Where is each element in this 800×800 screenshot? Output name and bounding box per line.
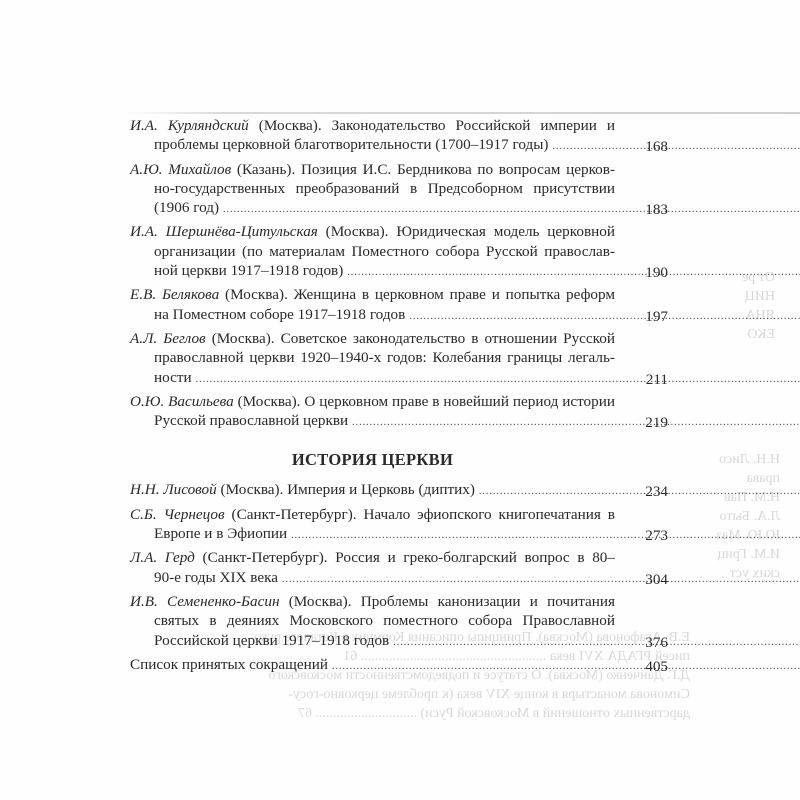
toc-title-end: Н.Н. Лисовой (Москва). Империя и Церковь… [130,481,475,498]
book-page: От ре НИЦ ЯНА ЕКО Н.Н. Лисо права Н.М. П… [0,0,800,800]
leader-dots: ........................................… [291,530,800,541]
toc-entry[interactable]: Е.В. Белякова (Москва). Женщина в церков… [130,285,690,326]
toc-entry[interactable]: А.Л. Беглов (Москва). Советское законода… [130,329,690,389]
toc-author: О.Ю. Васильева [130,393,234,410]
toc-title-end: проблемы церковной благотворительности (… [154,136,549,153]
toc-title-end: 90-е годы XIX века [154,569,278,586]
toc-title-end: Российской церкви 1917–1918 годов [154,632,389,649]
toc-title-end: Европе и в Эфиопии [154,525,287,542]
toc-author: Е.В. Белякова [130,286,219,303]
leader-dots: ........................................… [347,267,800,278]
toc-entry-line: (1906 год)..............................… [130,198,615,219]
toc-entry-line: И.А. Шершнёва-Цитульская (Москва). Юриди… [130,222,615,241]
toc-title-end: на Поместном соборе 1917–1918 годов [154,306,405,323]
toc-entry[interactable]: Л.А. Герд (Санкт-Петербург). Россия и гр… [130,548,690,589]
page-number: 183 [645,200,668,219]
toc-entry-text: Список принятых сокращений..............… [130,655,615,676]
toc-entry[interactable]: О.Ю. Васильева (Москва). О церковном пра… [130,392,690,433]
table-of-contents: И.А. Курляндский (Москва). Законодательс… [130,116,690,679]
toc-entry[interactable]: И.А. Шершнёва-Цитульская (Москва). Юриди… [130,222,690,282]
leader-dots: ........................................… [393,637,800,648]
toc-entry-text: Л.А. Герд (Санкт-Петербург). Россия и гр… [130,548,615,589]
toc-entry-line: Список принятых сокращений..............… [130,655,615,676]
toc-entry-text: А.Ю. Михайлов (Казань). Позиция И.С. Бер… [130,160,615,220]
toc-entry[interactable]: С.Б. Чернецов (Санкт-Петербург). Начало … [130,505,690,546]
toc-author: А.Ю. Михайлов [130,161,231,178]
toc-entry-text: И.А. Шершнёва-Цитульская (Москва). Юриди… [130,222,615,282]
leader-dots: ........................................… [332,661,800,672]
toc-author: С.Б. Чернецов [130,506,225,523]
page-number: 405 [645,657,668,676]
page-number: 197 [645,307,668,326]
toc-entry-line: святых в деяниях Московского поместного … [130,611,615,630]
toc-author: И.А. Шершнёва-Цитульская [130,223,318,240]
toc-entry-text: И.В. Семененко-Басин (Москва). Проблемы … [130,592,615,652]
toc-entry-text: С.Б. Чернецов (Санкт-Петербург). Начало … [130,505,615,546]
toc-author: Н.Н. Лисовой [130,481,217,498]
page-number: 190 [645,263,668,282]
toc-entry-line: С.Б. Чернецов (Санкт-Петербург). Начало … [130,505,615,524]
toc-entry-text: И.А. Курляндский (Москва). Законодательс… [130,116,615,157]
leader-dots: ........................................… [553,141,800,152]
bleed-line: дарственных отношений в Московской Руси)… [130,704,690,723]
page-number: 273 [645,526,668,545]
toc-entry-line: А.Ю. Михайлов (Казань). Позиция И.С. Бер… [130,160,615,179]
page-number: 219 [645,413,668,432]
toc-title-end: Список принятых сокращений [130,656,328,673]
toc-entry-line: проблемы церковной благотворительности (… [130,135,615,156]
toc-entry-line: православной церкви 1920–1940-х годов: К… [130,348,615,367]
toc-entry[interactable]: А.Ю. Михайлов (Казань). Позиция И.С. Бер… [130,160,690,220]
toc-author: И.А. Курляндский [130,117,249,134]
toc-entry[interactable]: И.В. Семененко-Басин (Москва). Проблемы … [130,592,690,652]
toc-title-end: ности [154,369,192,386]
toc-author: Л.А. Герд [130,549,195,566]
page-number: 234 [645,482,668,501]
toc-entry-line: но-государственных преобразований в Пред… [130,179,615,198]
toc-entries-part2: Н.Н. Лисовой (Москва). Империя и Церковь… [130,480,690,676]
leader-dots: ........................................… [479,486,800,497]
toc-entry-line: Е.В. Белякова (Москва). Женщина в церков… [130,285,615,304]
toc-title-end: ной церкви 1917–1918 годов) [154,262,343,279]
page-top-rule [125,112,800,114]
page-number: 376 [645,633,668,652]
leader-dots: ........................................… [352,417,800,428]
toc-entry-line: ности...................................… [130,368,615,389]
page-number: 168 [645,137,668,156]
toc-entry-line: А.Л. Беглов (Москва). Советское законода… [130,329,615,348]
toc-entry[interactable]: И.А. Курляндский (Москва). Законодательс… [130,116,690,157]
toc-author: И.В. Семененко-Басин [130,593,279,610]
section-heading: ИСТОРИЯ ЦЕРКВИ [130,450,615,470]
toc-entry-text: О.Ю. Васильева (Москва). О церковном пра… [130,392,615,433]
toc-entry-line: Европе и в Эфиопии......................… [130,524,615,545]
page-number: 211 [646,370,668,389]
toc-entry-line: 90-е годы XIX века......................… [130,568,615,589]
toc-entry[interactable]: Список принятых сокращений..............… [130,655,690,676]
toc-author: А.Л. Беглов [130,330,206,347]
toc-entry-line: И.В. Семененко-Басин (Москва). Проблемы … [130,592,615,611]
toc-entry-text: А.Л. Беглов (Москва). Советское законода… [130,329,615,389]
toc-entry-line: Русской православной церкви.............… [130,411,615,432]
toc-entry-text: Н.Н. Лисовой (Москва). Империя и Церковь… [130,480,615,501]
toc-entry-line: И.А. Курляндский (Москва). Законодательс… [130,116,615,135]
toc-entry[interactable]: Н.Н. Лисовой (Москва). Империя и Церковь… [130,480,690,501]
toc-entry-line: ной церкви 1917–1918 годов).............… [130,261,615,282]
leader-dots: ........................................… [282,574,800,585]
toc-title-end: Русской православной церкви [154,412,348,429]
toc-entry-line: О.Ю. Васильева (Москва). О церковном пра… [130,392,615,411]
toc-entry-line: Н.Н. Лисовой (Москва). Империя и Церковь… [130,480,615,501]
toc-entry-line: Российской церкви 1917–1918 годов.......… [130,631,615,652]
toc-entries-part1: И.А. Курляндский (Москва). Законодательс… [130,116,690,432]
toc-title-end: (1906 год) [154,199,219,216]
leader-dots: ........................................… [223,204,800,215]
toc-entry-text: Е.В. Белякова (Москва). Женщина в церков… [130,285,615,326]
bleed-line: Симонова монастыря в конце XIV века (к п… [130,685,690,704]
leader-dots: ........................................… [409,311,800,322]
toc-entry-line: организации (по материалам Поместного со… [130,242,615,261]
page-number: 304 [645,570,668,589]
leader-dots: ........................................… [196,374,800,385]
toc-entry-line: Л.А. Герд (Санкт-Петербург). Россия и гр… [130,548,615,567]
toc-entry-line: на Поместном соборе 1917–1918 годов.....… [130,305,615,326]
